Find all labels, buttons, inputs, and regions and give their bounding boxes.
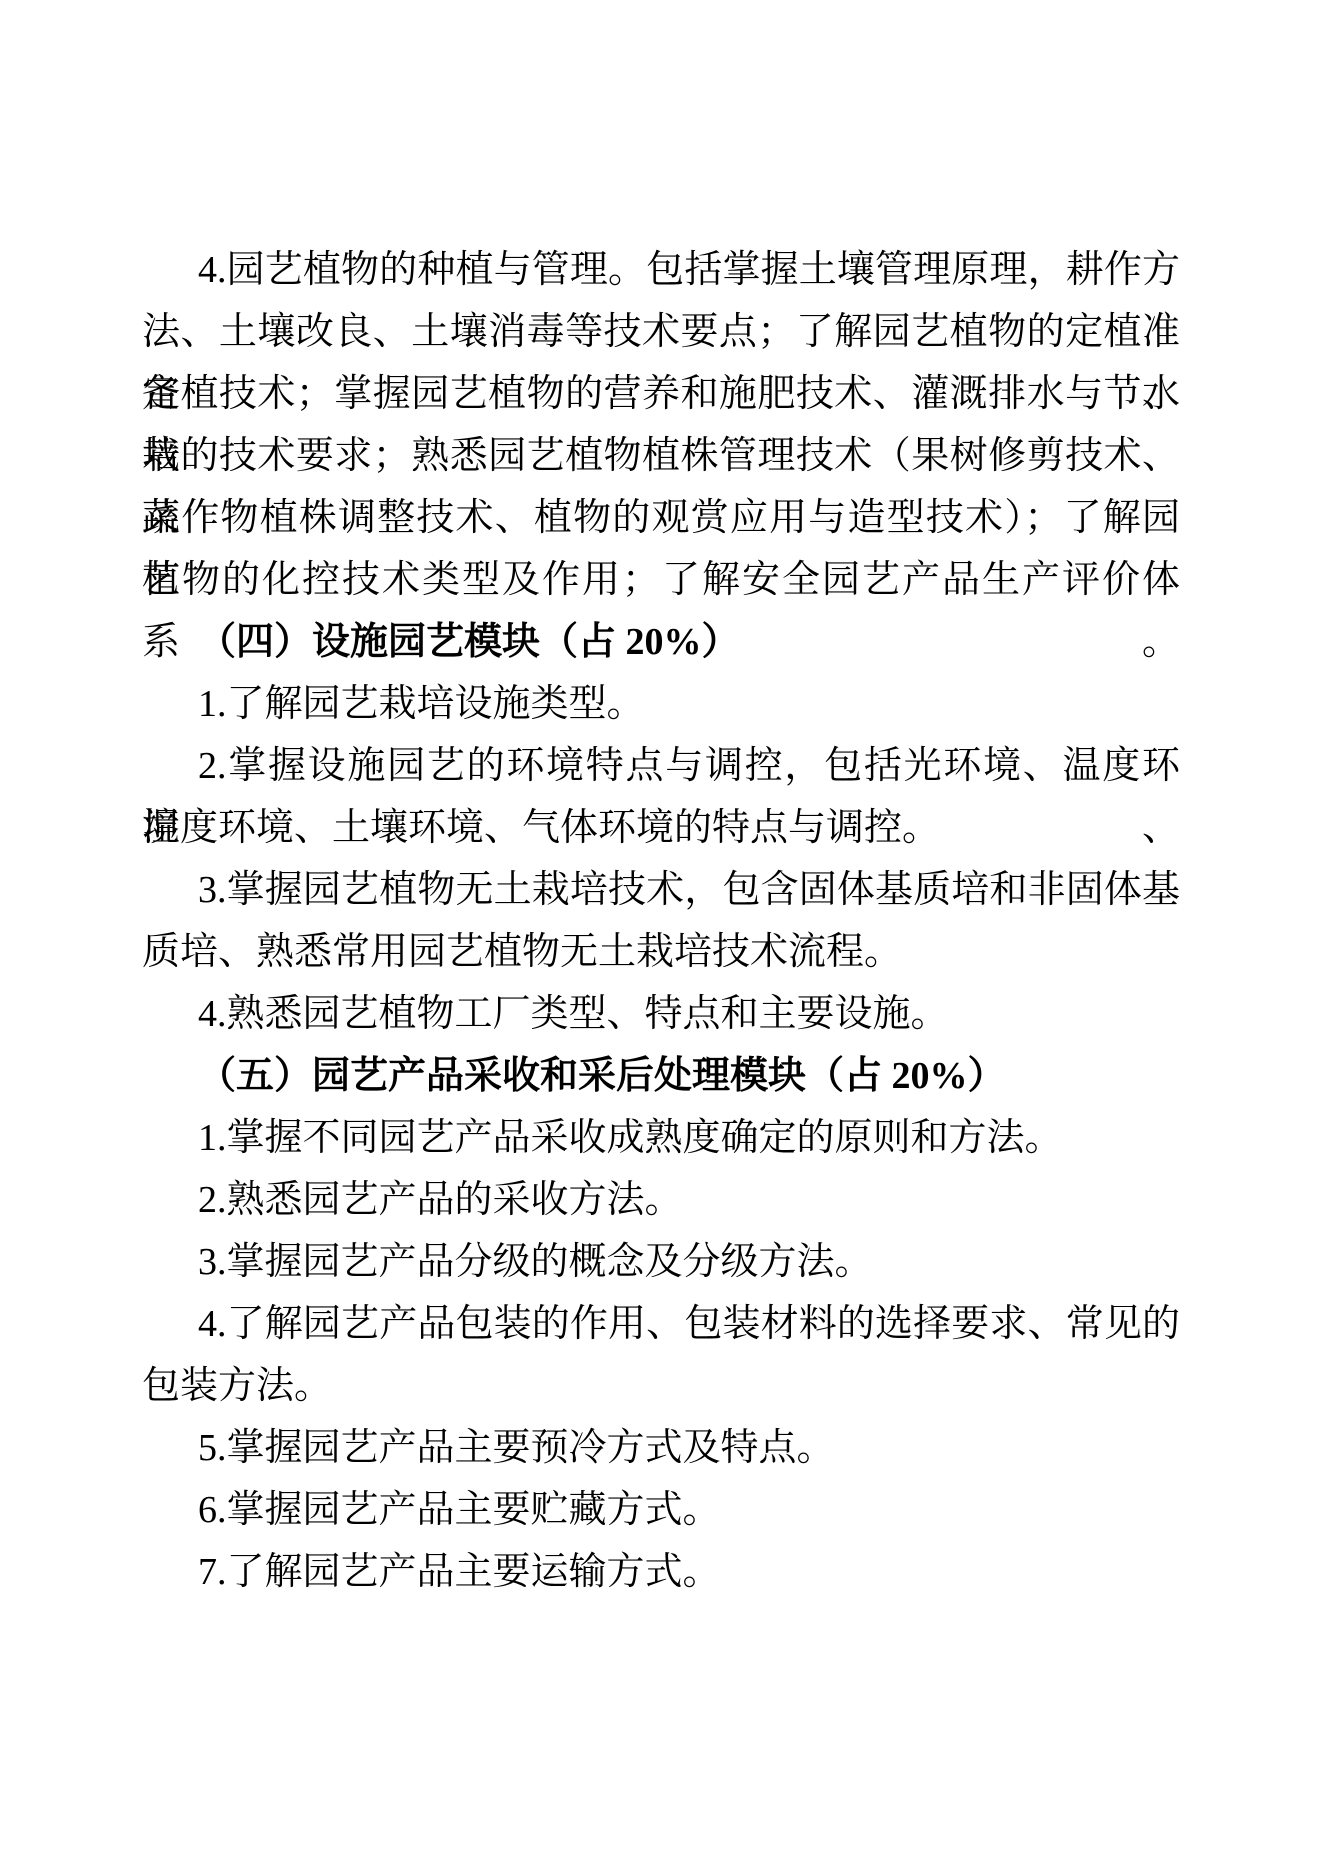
paragraph-line: 菜作物植株调整技术、植物的观赏应用与造型技术）；了解园艺 <box>142 487 1180 549</box>
list-item-line: 3.掌握园艺产品分级的概念及分级方法。 <box>142 1231 1180 1293</box>
section-heading-module-5: （五）园艺产品采收和采后处理模块（占 20%） <box>142 1045 1180 1107</box>
list-item-line: 3.掌握园艺植物无土栽培技术，包含固体基质培和非固体基 <box>142 859 1180 921</box>
list-item-line: 1.了解园艺栽培设施类型。 <box>142 673 1180 735</box>
list-item-line: 2.熟悉园艺产品的采收方法。 <box>142 1169 1180 1231</box>
list-item-line: 4.了解园艺产品包装的作用、包装材料的选择要求、常见的 <box>142 1293 1180 1355</box>
paragraph-line: 培的技术要求；熟悉园艺植物植株管理技术（果树修剪技术、蔬 <box>142 425 1180 487</box>
list-item-line: 5.掌握园艺产品主要预冷方式及特点。 <box>142 1417 1180 1479</box>
paragraph-line: 包装方法。 <box>142 1355 1180 1417</box>
paragraph-line: 质培、熟悉常用园艺植物无土栽培技术流程。 <box>142 921 1180 983</box>
list-item-line: 2.掌握设施园艺的环境特点与调控，包括光环境、温度环境、 <box>142 735 1180 797</box>
list-item-line: 1.掌握不同园艺产品采收成熟度确定的原则和方法。 <box>142 1107 1180 1169</box>
paragraph-line: 定植技术；掌握园艺植物的营养和施肥技术、灌溉排水与节水栽 <box>142 363 1180 425</box>
paragraph-line: 植物的化控技术类型及作用；了解安全园艺产品生产评价体系。 <box>142 549 1180 611</box>
list-item-line: 7.了解园艺产品主要运输方式。 <box>142 1541 1180 1603</box>
paragraph-line: 4.园艺植物的种植与管理。包括掌握土壤管理原理，耕作方 <box>142 239 1180 301</box>
document-page: 4.园艺植物的种植与管理。包括掌握土壤管理原理，耕作方 法、土壤改良、土壤消毒等… <box>0 0 1323 1871</box>
paragraph-line: 法、土壤改良、土壤消毒等技术要点；了解园艺植物的定植准备、 <box>142 301 1180 363</box>
list-item-line: 4.熟悉园艺植物工厂类型、特点和主要设施。 <box>142 983 1180 1045</box>
list-item-line: 6.掌握园艺产品主要贮藏方式。 <box>142 1479 1180 1541</box>
